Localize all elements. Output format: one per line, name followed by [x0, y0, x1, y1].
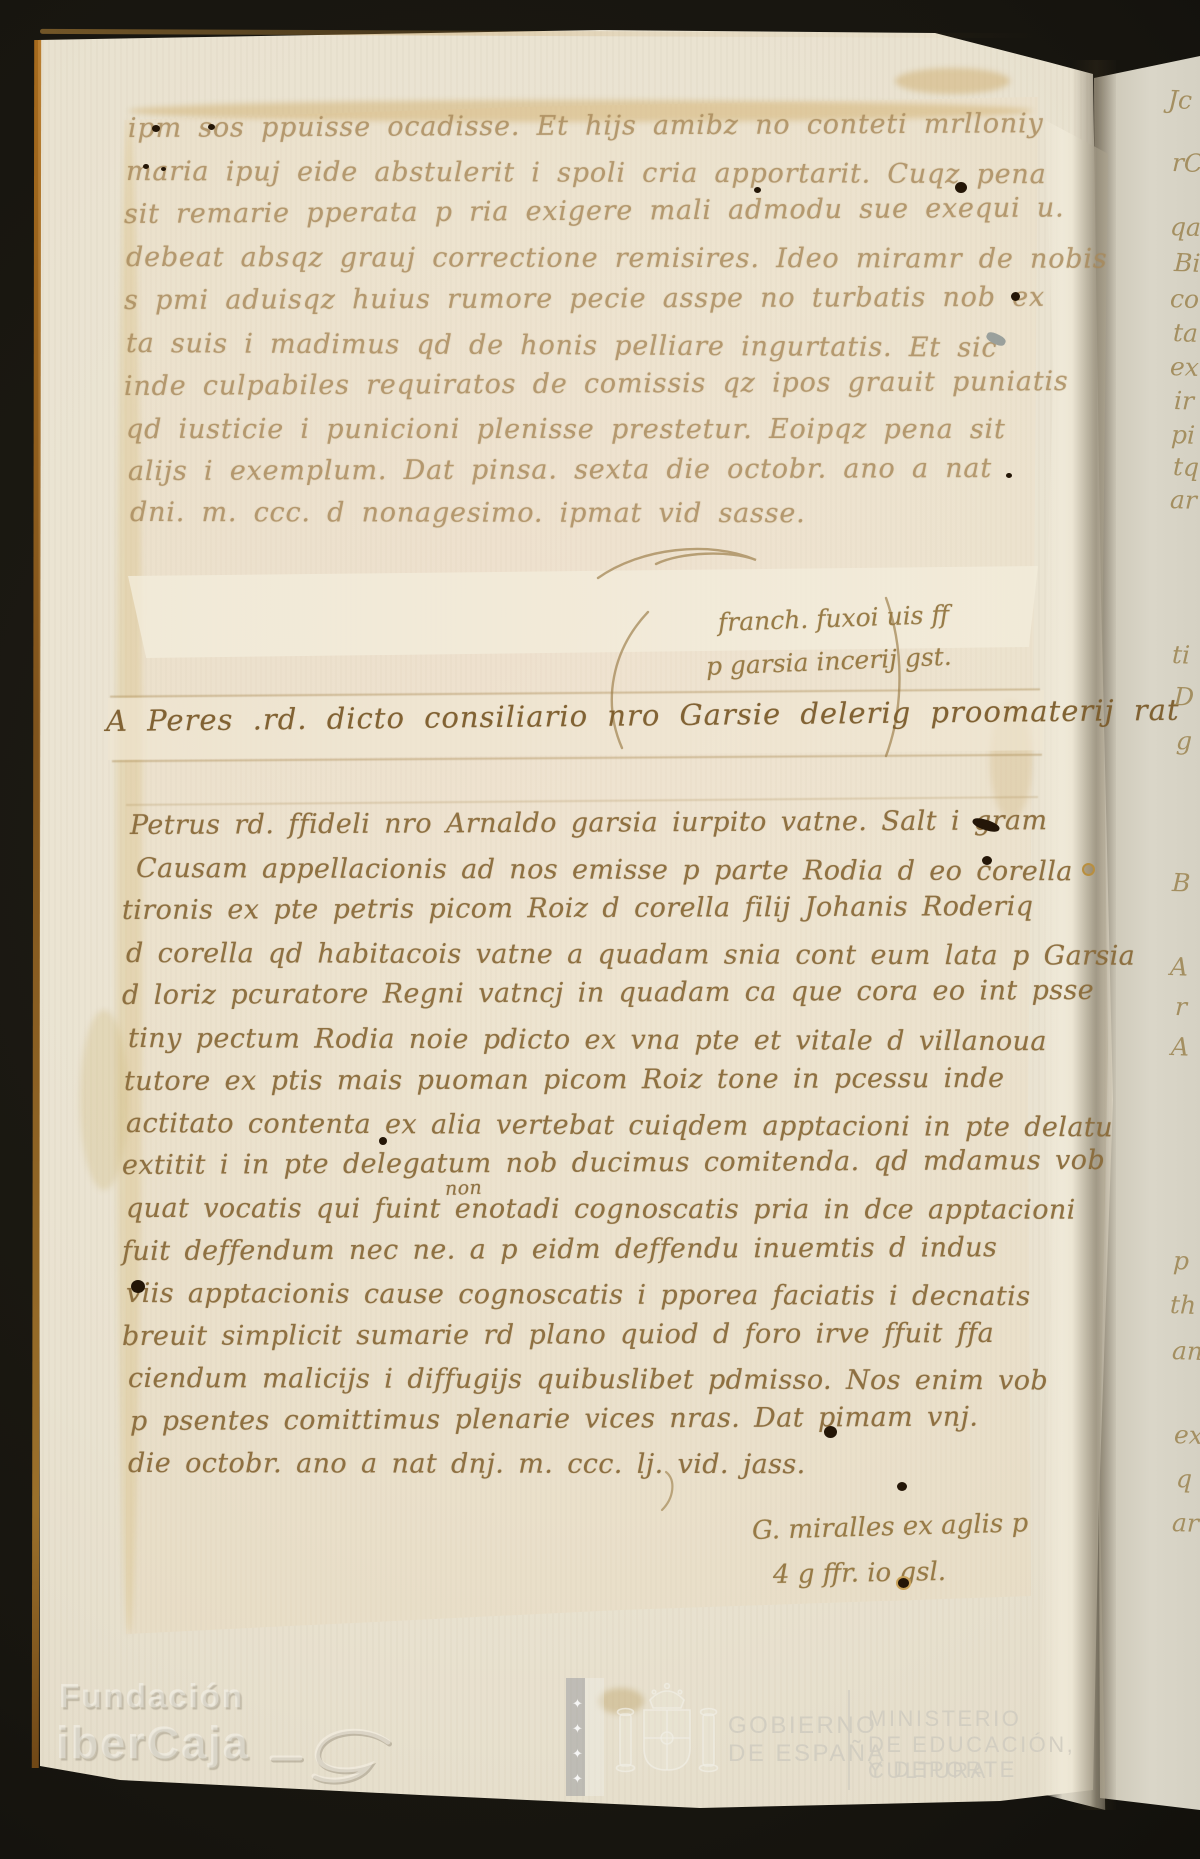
manuscript-line: extitit i in pte delegatum nob ducimus c… [122, 1145, 1105, 1181]
facing-page-fragment: A [1169, 952, 1188, 982]
facing-page-fragment: g [1175, 726, 1192, 756]
facing-page-fragment: ar [1169, 485, 1197, 515]
manuscript-line: actitato contenta ex alia vertebat cuiqd… [126, 1108, 1113, 1143]
wormhole [1006, 473, 1012, 478]
wormhole [982, 856, 992, 865]
facing-page-fragment: D [1173, 682, 1194, 712]
facing-page-fragment: tq [1172, 452, 1199, 482]
star-icon: ✦ [572, 1747, 583, 1760]
manuscript-leaf [0, 0, 1200, 1859]
manuscript-line: s pmi aduisqz huius rumore pecie asspe n… [124, 282, 1045, 316]
manuscript-line: fuit deffendum nec ne. a p eidm deffendu… [122, 1232, 997, 1267]
star-icon: ✦ [572, 1772, 583, 1785]
manuscript-line: ipm sos ppuisse ocadisse. Et hijs amibz … [128, 108, 1044, 144]
facing-page-fragment: q [1175, 1464, 1192, 1494]
stain-left-margin [80, 1010, 128, 1190]
facing-page-fragment: Bi [1173, 248, 1200, 278]
manuscript-line: tiny pectum Rodia noie pdicto ex vna pte… [128, 1023, 1047, 1057]
watermark-gobierno-line1: GOBIERNO [728, 1712, 877, 1740]
wormhole [1082, 863, 1095, 876]
manuscript-line: viis apptacionis cause cognoscatis i ppo… [126, 1278, 1031, 1312]
watermark-ministerio-line1: MINISTERIO [868, 1706, 1021, 1732]
facing-page-fragment: ex [1173, 1420, 1200, 1450]
manuscript-line: ta suis i madimus qd de honis pelliare i… [126, 328, 998, 364]
spain-coat-of-arms-icon [612, 1680, 722, 1786]
manuscript-line: alijs i exemplum. Dat pinsa. sexta die o… [128, 453, 992, 487]
manuscript-line: quat vocatis qui fuint enotadi cognoscat… [126, 1193, 1076, 1226]
wormhole [754, 187, 761, 193]
facing-page-fragment: rC [1171, 148, 1200, 178]
facing-page-fragment: Jc [1167, 85, 1192, 115]
watermark-ibercaja-line2: iberCaja [57, 1718, 251, 1770]
manuscript-line: d corella qd habitacois vatne a quadam s… [126, 938, 1135, 972]
wormhole [824, 1426, 837, 1438]
wormhole [897, 1482, 907, 1491]
manuscript-line: d loriz pcuratore Regni vatncj in quadam… [122, 975, 1094, 1011]
manuscript-line: tironis ex pte petris picom Roiz d corel… [122, 891, 1034, 926]
star-icon: ✦ [572, 1697, 583, 1710]
watermark-divider [848, 1690, 850, 1790]
gutter-shadow [1072, 60, 1116, 1810]
manuscript-line: maria ipuj eide abstulerit i spoli cria … [126, 156, 1047, 190]
wormhole [898, 1578, 909, 1588]
manuscript-line: Petrus rd. ffideli nro Arnaldo garsia iu… [130, 805, 1048, 841]
wormhole [1011, 292, 1020, 301]
facing-page-fragment: co [1169, 284, 1199, 314]
wormhole [143, 164, 149, 169]
manuscript-line: debeat absqz grauj correctione remisires… [126, 242, 1108, 275]
pen-flourish [640, 1468, 700, 1528]
signature-line: 4 g ffr. io gsl. [773, 1557, 947, 1590]
wormhole [379, 1137, 387, 1145]
manuscript-line: breuit simplicit sumarie rd plano quiod … [122, 1318, 994, 1352]
watermark-gobierno-line2: DE ESPAÑA [728, 1740, 886, 1768]
facing-page-fragment: th [1169, 1290, 1196, 1320]
photo-canvas: ipm sos ppuisse ocadisse. Et hijs amibz … [0, 0, 1200, 1859]
manuscript-line: Causam appellacionis ad nos emisse p par… [136, 853, 1073, 887]
manuscript-line: inde culpabiles requiratos de comissis q… [124, 366, 1069, 402]
wormhole [161, 167, 166, 171]
manuscript-line: tutore ex ptis mais puoman picom Roiz to… [124, 1063, 1005, 1097]
glue-stain-top-right [895, 68, 1010, 94]
facing-page-fragment: pi [1170, 420, 1195, 450]
ibercaja-logo-icon [266, 1722, 406, 1788]
facing-page-fragment: B [1171, 868, 1190, 898]
facing-page-fragment: qa [1169, 212, 1200, 242]
manuscript-line: sit remarie pperata p ria exigere mali a… [124, 192, 1065, 230]
facing-page-fragment: ar [1171, 1508, 1199, 1538]
facing-page-fragment: ir [1173, 386, 1194, 416]
facing-page-fragment: an [1171, 1336, 1200, 1366]
wormhole [208, 124, 215, 130]
facing-page-fragment: ex [1169, 352, 1199, 382]
facing-page-fragment: r [1174, 992, 1187, 1021]
wormhole [131, 1280, 145, 1293]
manuscript-line: qd iusticie i punicioni plenisse prestet… [126, 414, 1006, 445]
facing-page-fragment: p [1172, 1246, 1189, 1276]
facing-page-fragment: A [1170, 1032, 1189, 1062]
star-icon: ✦ [572, 1722, 583, 1735]
wormhole [955, 182, 967, 193]
manuscript-line: ciendum malicijs i diffugijs quibuslibet… [128, 1363, 1048, 1396]
wormhole [152, 125, 160, 132]
watermark-ministerio-line3: Y DEPORTE [868, 1757, 1017, 1783]
facing-page-fragment: ta [1172, 318, 1198, 348]
manuscript-line: die octobr. ano a nat dnj. m. ccc. lj. v… [128, 1448, 806, 1480]
manuscript-line: p psentes comittimus plenarie vices nras… [130, 1402, 978, 1437]
facing-page-fragment: ti [1171, 640, 1190, 670]
watermark-ibercaja-line1: Fundación [60, 1678, 245, 1716]
